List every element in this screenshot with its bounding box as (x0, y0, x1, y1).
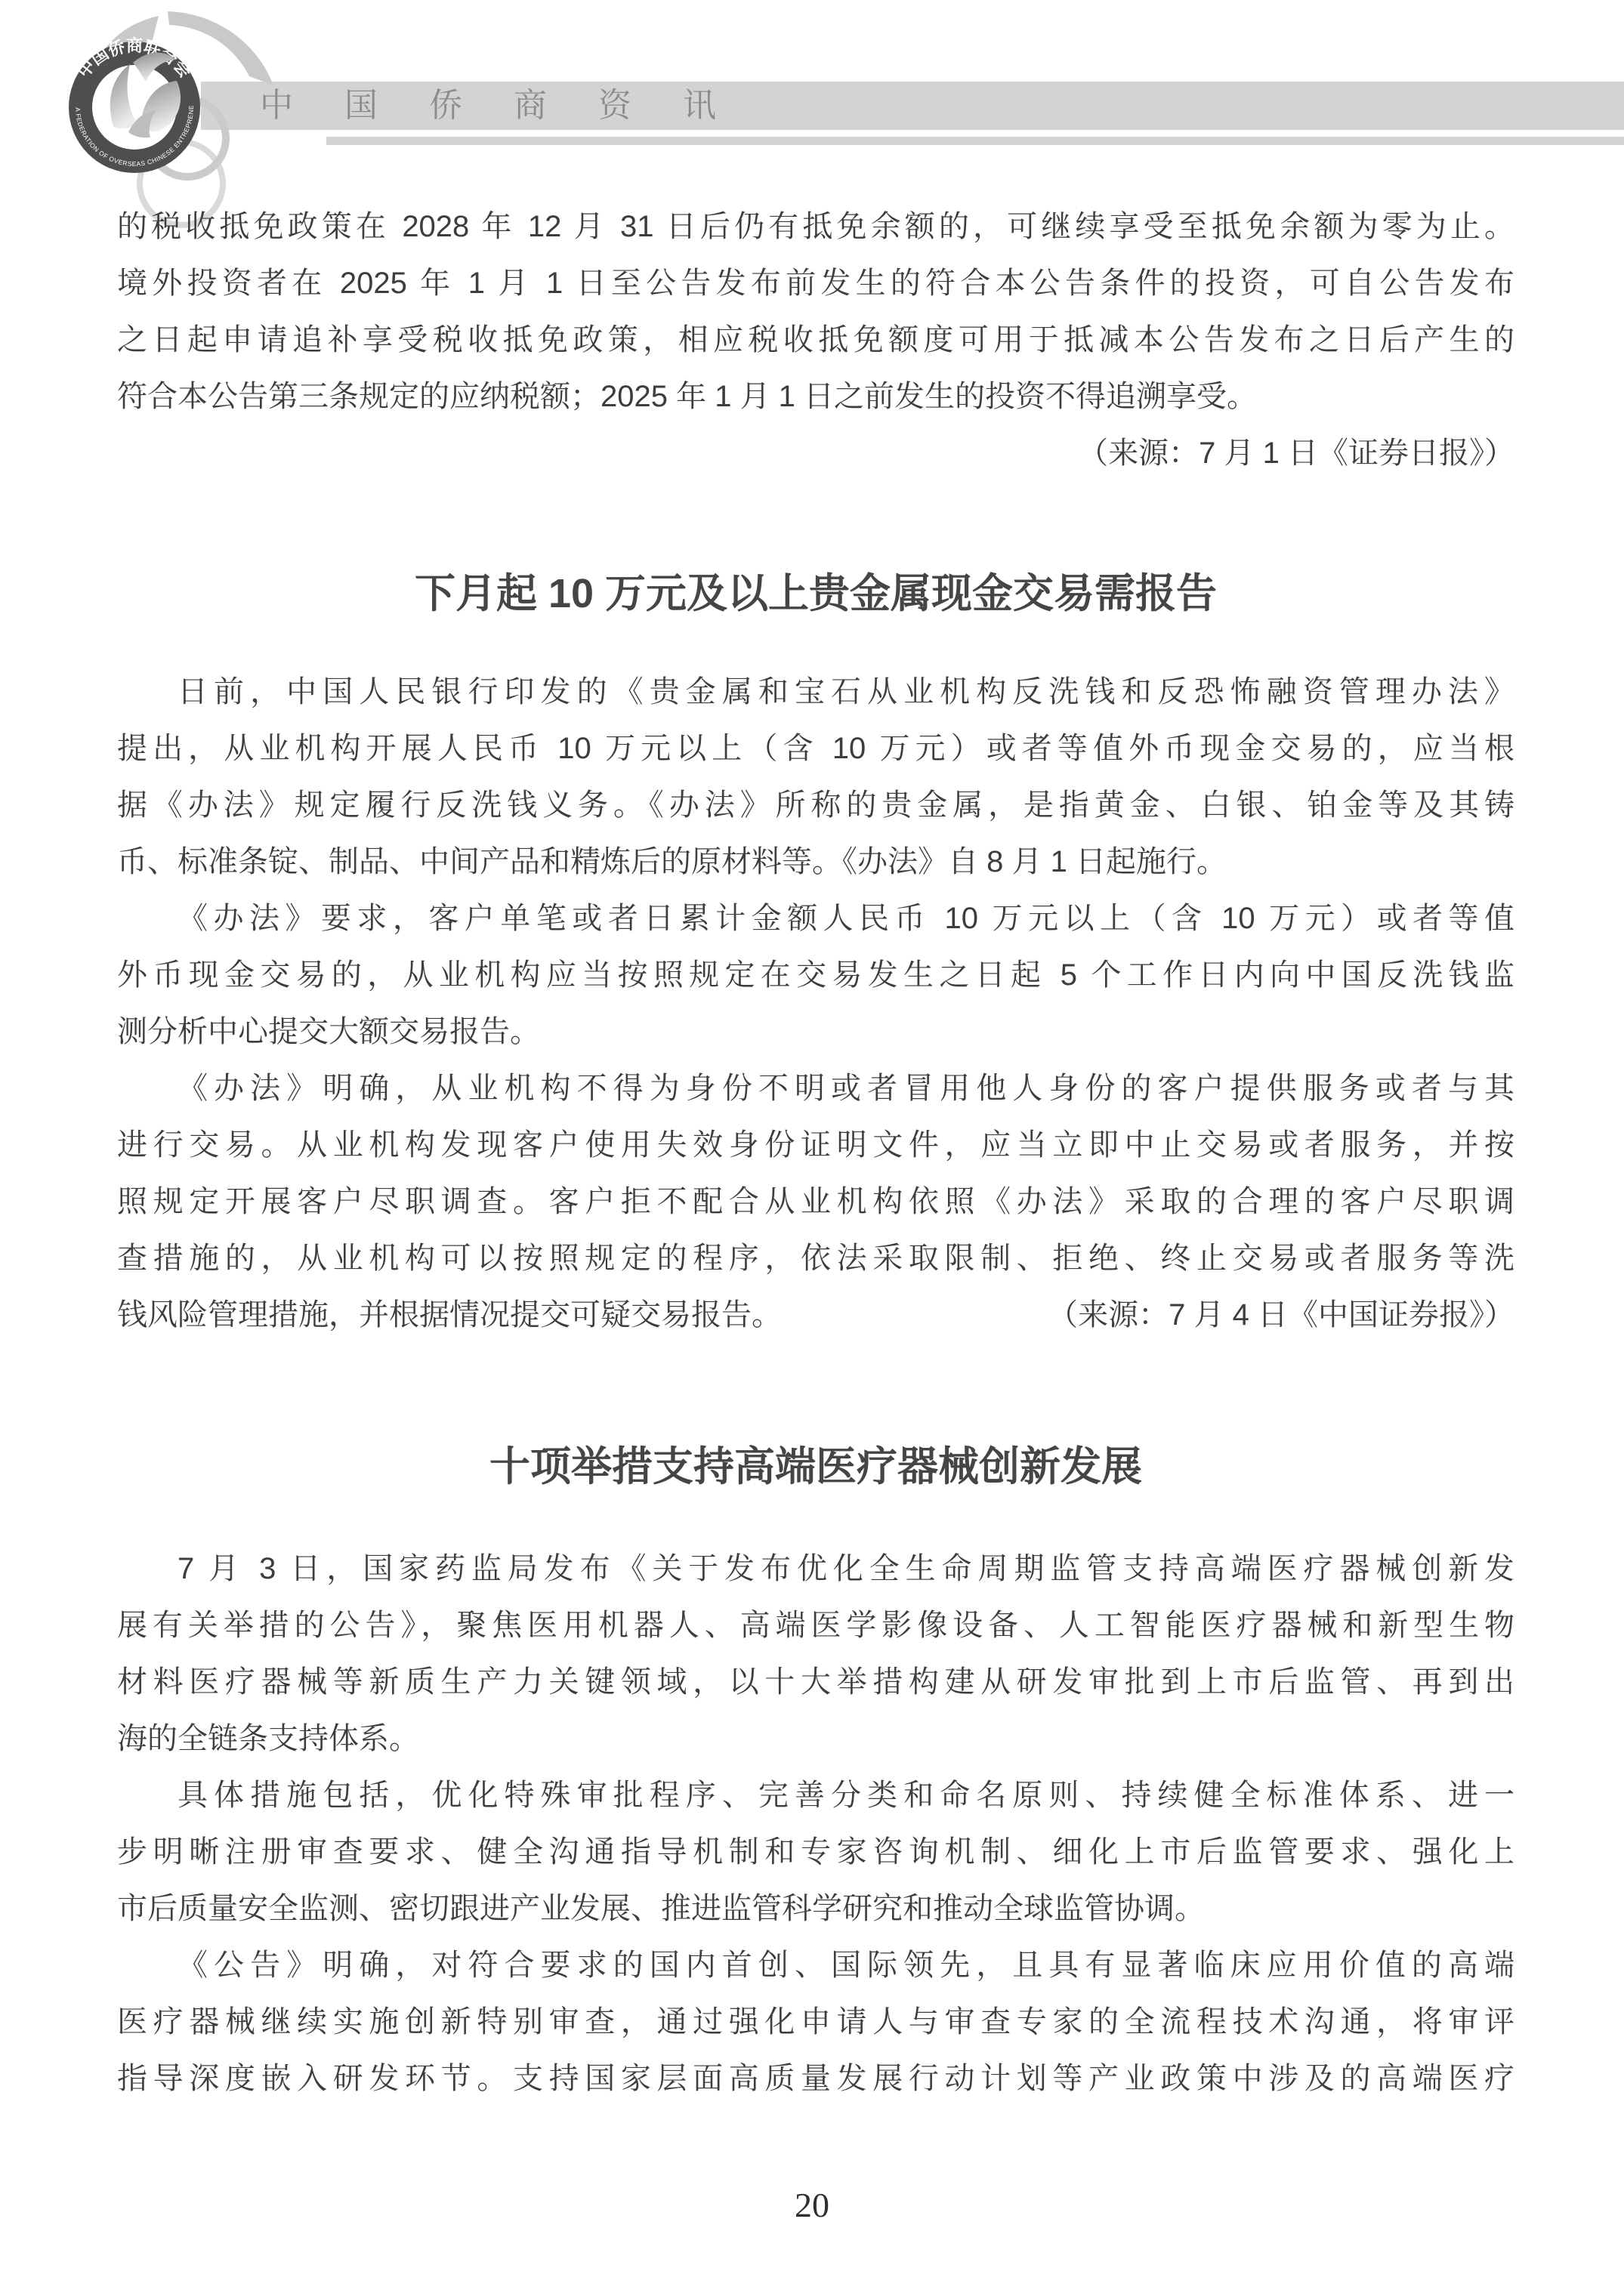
paragraph-line: 7 月 3 日，国家药监局发布《关于发布优化全生命周期监管支持高端医疗器械创新发 (117, 1541, 1514, 1597)
paragraph-line: 据《办法》规定履行反洗钱义务。《办法》所称的贵金属，是指黄金、白银、铂金等及其铸 (117, 777, 1514, 834)
paragraph: 具体措施包括，优化特殊审批程序、完善分类和命名原则、持续健全标准体系、进一 步明… (117, 1767, 1514, 1937)
paragraph-line: 测分析中心提交大额交易报告。 (117, 1004, 1514, 1060)
article-body: 的税收抵免政策在 2028 年 12 月 31 日后仍有抵免余额的，可继续享受至… (117, 199, 1514, 2107)
section-title: 十项举措支持高端医疗器械创新发展 (117, 1434, 1514, 1499)
paragraph-line: 的税收抵免政策在 2028 年 12 月 31 日后仍有抵免余额的，可继续享受至… (117, 199, 1514, 255)
paragraph-line: 海的全链条支持体系。 (117, 1711, 1514, 1767)
paragraph-line: 外币现金交易的，从业机构应当按照规定在交易发生之日起 5 个工作日内向中国反洗钱… (117, 947, 1514, 1004)
paragraph-line: 日前，中国人民银行印发的《贵金属和宝石从业机构反洗钱和反恐怖融资管理办法》 (117, 664, 1514, 721)
paragraph-line: 照规定开展客户尽职调查。客户拒不配合从业机构依照《办法》采取的合理的客户尽职调 (117, 1174, 1514, 1230)
paragraph: 7 月 3 日，国家药监局发布《关于发布优化全生命周期监管支持高端医疗器械创新发… (117, 1541, 1514, 1767)
paragraph-line: 《办法》要求，客户单笔或者日累计金额人民币 10 万元以上（含 10 万元）或者… (117, 890, 1514, 947)
source-attribution: （来源：7 月 4 日《中国证券报》） (1048, 1287, 1514, 1344)
paragraph-line: 之日起申请追补享受税收抵免政策，相应税收抵免额度可用于抵减本公告发布之日后产生的 (117, 312, 1514, 369)
paragraph-line: 医疗器械继续实施创新特别审查，通过强化申请人与审查专家的全流程技术沟通，将审评 (117, 1994, 1514, 2051)
paragraph-line: 提出，从业机构开展人民币 10 万元以上（含 10 万元）或者等值外币现金交易的… (117, 721, 1514, 777)
section-precious-metals: 下月起 10 万元及以上贵金属现金交易需报告 日前，中国人民银行印发的《贵金属和… (117, 561, 1514, 1344)
section-title: 下月起 10 万元及以上贵金属现金交易需报告 (117, 561, 1514, 626)
paragraph-line: 币、标准条锭、制品、中间产品和精炼后的原材料等。《办法》自 8 月 1 日起施行… (117, 834, 1514, 890)
paragraph-line: 钱风险管理措施，并根据情况提交可疑交易报告。 （来源：7 月 4 日《中国证券报… (117, 1287, 1514, 1344)
page-container: 中国侨商资讯 中国侨商联合会 CHINA FEDERATIO (0, 0, 1624, 2293)
header-band: 中国侨商资讯 (201, 82, 1624, 130)
paragraph: 《办法》要求，客户单笔或者日累计金额人民币 10 万元以上（含 10 万元）或者… (117, 890, 1514, 1060)
page-number: 20 (0, 2185, 1624, 2225)
paragraph-line: 材料医疗器械等新质生产力关键领域，以十大举措构建从研发审批到上市后监管、再到出 (117, 1654, 1514, 1711)
paragraph-line: 展有关举措的公告》，聚焦医用机器人、高端医学影像设备、人工智能医疗器械和新型生物 (117, 1597, 1514, 1654)
section-medical-devices: 十项举措支持高端医疗器械创新发展 7 月 3 日，国家药监局发布《关于发布优化全… (117, 1434, 1514, 2107)
paragraph-line: 步明晰注册审查要求、健全沟通指导机制和专家咨询机制、细化上市后监管要求、强化上 (117, 1824, 1514, 1881)
header-band-title: 中国侨商资讯 (201, 82, 1624, 130)
paragraph-line: 符合本公告第三条规定的应纳税额；2025 年 1 月 1 日之前发生的投资不得追… (117, 369, 1514, 425)
paragraph-line: 《公告》明确，对符合要求的国内首创、国际领先，且具有显著临床应用价值的高端 (117, 1937, 1514, 1994)
paragraph: 《办法》明确，从业机构不得为身份不明或者冒用他人身份的客户提供服务或者与其 进行… (117, 1060, 1514, 1344)
paragraph-line: 进行交易。从业机构发现客户使用失效身份证明文件，应当立即中止交易或者服务，并按 (117, 1117, 1514, 1174)
paragraph-line: 境外投资者在 2025 年 1 月 1 日至公告发布前发生的符合本公告条件的投资… (117, 255, 1514, 312)
paragraph-line: 市后质量安全监测、密切跟进产业发展、推进监管科学研究和推动全球监管协调。 (117, 1881, 1514, 1937)
paragraph-line: 具体措施包括，优化特殊审批程序、完善分类和命名原则、持续健全标准体系、进一 (117, 1767, 1514, 1824)
source-attribution: （来源：7 月 1 日《证券日报》） (117, 425, 1514, 482)
paragraph: 《公告》明确，对符合要求的国内首创、国际领先，且具有显著临床应用价值的高端 医疗… (117, 1937, 1514, 2107)
paragraph: 日前，中国人民银行印发的《贵金属和宝石从业机构反洗钱和反恐怖融资管理办法》 提出… (117, 664, 1514, 890)
paragraph-line: 《办法》明确，从业机构不得为身份不明或者冒用他人身份的客户提供服务或者与其 (117, 1060, 1514, 1117)
logo-badge-icon: 中国侨商联合会 CHINA FEDERATION OF OVERSEAS CHI… (39, 4, 200, 173)
paragraph-line: 查措施的，从业机构可以按照规定的程序，依法采取限制、拒绝、终止交易或者服务等洗 (117, 1230, 1514, 1287)
header-accent-band (326, 137, 1624, 145)
paragraph-line: 指导深度嵌入研发环节。支持国家层面高质量发展行动计划等产业政策中涉及的高端医疗 (117, 2051, 1514, 2107)
lead-paragraph: 的税收抵免政策在 2028 年 12 月 31 日后仍有抵免余额的，可继续享受至… (117, 199, 1514, 482)
paragraph-line-text: 钱风险管理措施，并根据情况提交可疑交易报告。 (117, 1287, 782, 1344)
